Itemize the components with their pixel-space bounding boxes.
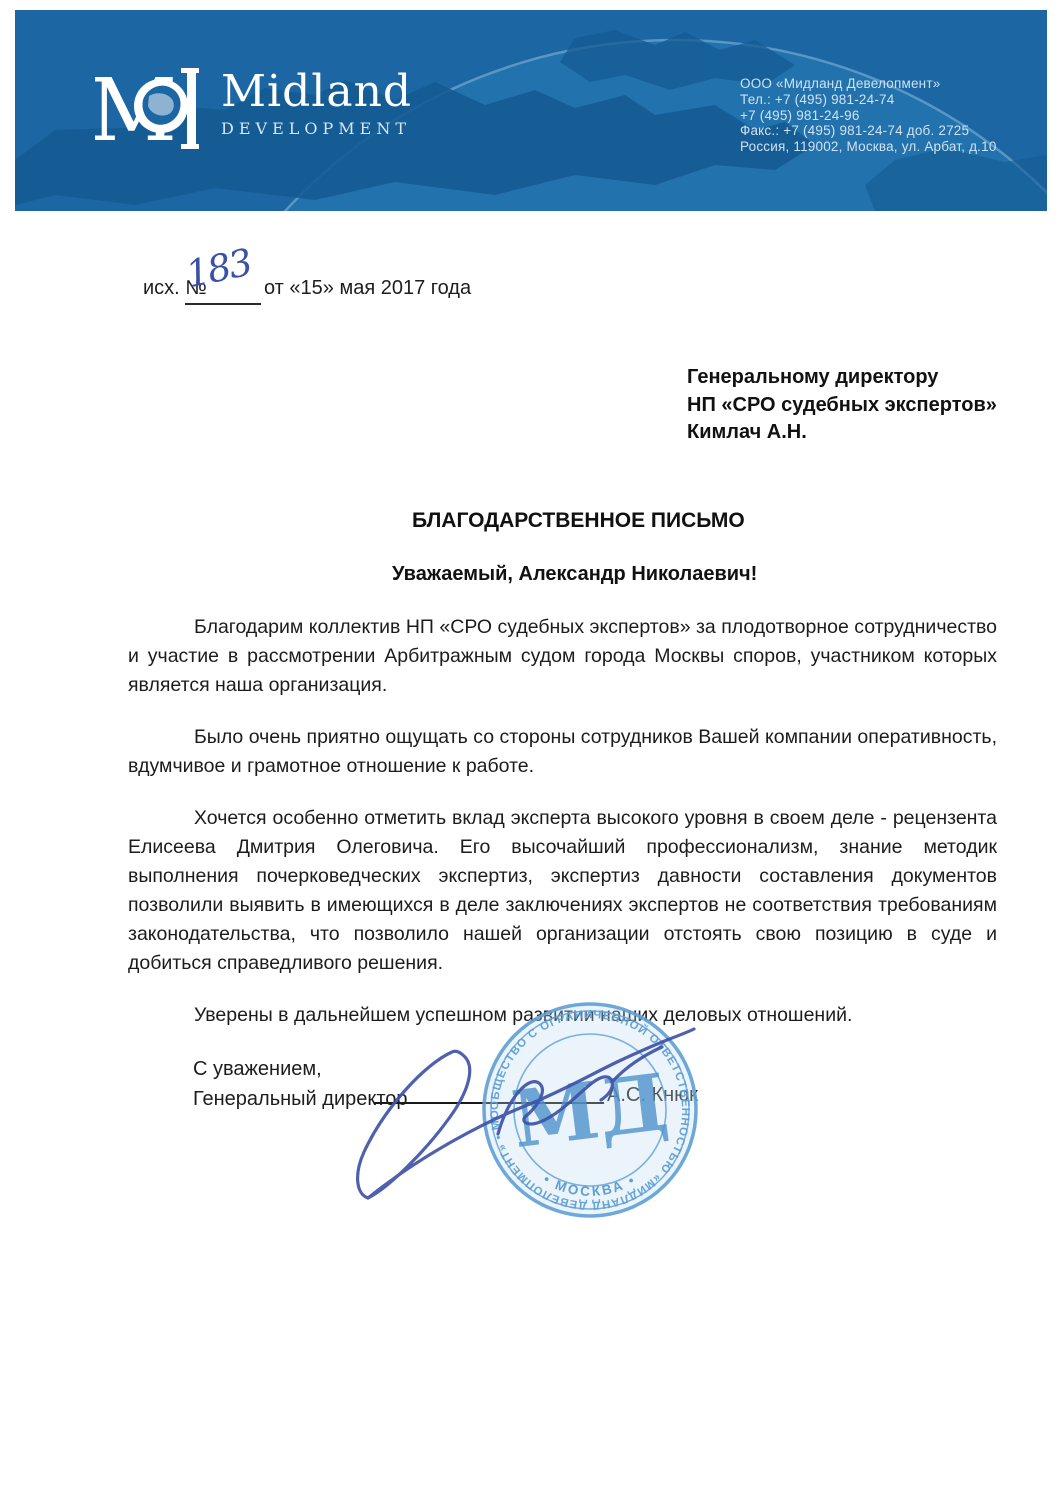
contact-address: Россия, 119002, Москва, ул. Арбат, д.10 bbox=[740, 139, 997, 155]
contact-phone2: +7 (495) 981-24-96 bbox=[740, 108, 997, 124]
recipient-position: Генеральному директору bbox=[687, 364, 997, 392]
salutation: Уважаемый, Александр Николаевич! bbox=[392, 563, 757, 586]
handwritten-outgoing-number: 183 bbox=[182, 241, 254, 296]
contact-company: ООО «Мидланд Девелопмент» bbox=[740, 76, 997, 92]
reference-date: от «15» мая 2017 года bbox=[264, 277, 471, 300]
recipient-block: Генеральному директору НП «СРО судебных … bbox=[687, 364, 997, 447]
letter-body: Благодарим коллектив НП «СРО судебных эк… bbox=[128, 613, 997, 1053]
paragraph-2: Было очень приятно ощущать со стороны со… bbox=[128, 723, 997, 781]
recipient-name: Кимлач А.Н. bbox=[687, 419, 997, 447]
paragraph-3: Хочется особенно отметить вклад эксперта… bbox=[128, 804, 997, 978]
letter-title: БЛАГОДАРСТВЕННОЕ ПИСЬМО bbox=[412, 509, 745, 533]
recipient-organization: НП «СРО судебных экспертов» bbox=[687, 392, 997, 420]
contact-fax: Факс.: +7 (495) 981-24-74 доб. 2725 bbox=[740, 123, 997, 139]
contact-phone1: Тел.: +7 (495) 981-24-74 bbox=[740, 92, 997, 108]
reference-number-underline bbox=[185, 303, 261, 305]
closing-regards: С уважением, bbox=[193, 1058, 322, 1081]
letterhead-banner: М Midland DEVELOPMENT ООО «Мидланд Девел… bbox=[15, 10, 1047, 211]
logo-wordmark: Midland DEVELOPMENT bbox=[221, 62, 412, 138]
logo-monogram-graphic: М bbox=[95, 62, 199, 154]
signature bbox=[330, 1012, 710, 1212]
paragraph-1: Благодарим коллектив НП «СРО судебных эк… bbox=[128, 613, 997, 700]
letter-page: М Midland DEVELOPMENT ООО «Мидланд Девел… bbox=[0, 0, 1058, 1497]
company-logo: М Midland DEVELOPMENT bbox=[95, 62, 412, 154]
brand-name: Midland bbox=[221, 70, 412, 114]
contact-block: ООО «Мидланд Девелопмент» Тел.: +7 (495)… bbox=[740, 76, 997, 155]
brand-subtitle: DEVELOPMENT bbox=[221, 119, 412, 138]
